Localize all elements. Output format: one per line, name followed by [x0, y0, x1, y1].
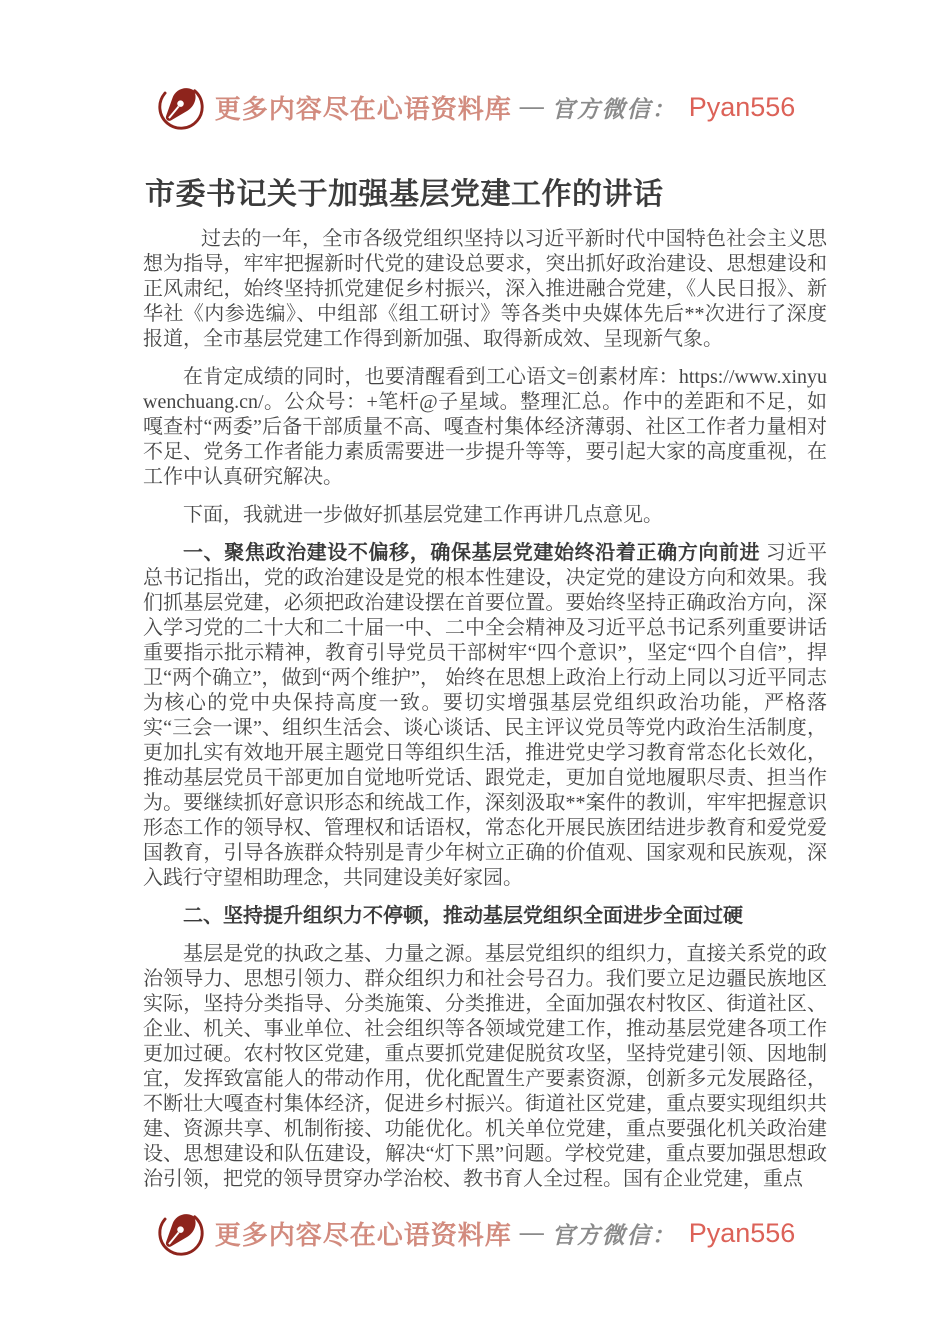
page-title: 市委书记关于加强基层党建工作的讲话 — [145, 176, 827, 214]
paragraph: 基层是党的执政之基、力量之源。基层党组织的组织力，直接关系党的政治领导力、思想引… — [143, 942, 827, 1192]
paragraph: 一、聚焦政治建设不偏移，确保基层党建始终沿着正确方向前进 习近平总书记指出，党的… — [143, 541, 827, 891]
bold-heading-run: 二、坚持提升组织力不停顿，推动基层党组织全面进步全面过硬 — [183, 905, 743, 927]
wechat-id: Pyan556 — [689, 92, 796, 123]
header-watermark: 更多内容尽在心语资料库—官方微信： Pyan556 — [0, 80, 950, 134]
text-run: 过去的一年，全市各级党组织坚持以习近平新时代中国特色社会主义思想为指导，牢牢把握… — [143, 228, 827, 350]
paragraph: 在肯定成绩的同时，也要清醒看到工心语文=创素材库：https://www.xin… — [143, 365, 827, 490]
brand-dash: — — [520, 94, 544, 121]
brand-dash: — — [520, 1220, 544, 1247]
bold-heading-run: 一、聚焦政治建设不偏移，确保基层党建始终沿着正确方向前进 — [183, 542, 760, 564]
document-body: 过去的一年，全市各级党组织坚持以习近平新时代中国特色社会主义思想为指导，牢牢把握… — [143, 227, 827, 1192]
text-run: 基层是党的执政之基、力量之源。基层党组织的组织力，直接关系党的政治领导力、思想引… — [143, 943, 827, 1190]
wechat-label: 官方微信： — [552, 91, 677, 124]
wechat-id: Pyan556 — [689, 1218, 796, 1249]
footer-watermark: 更多内容尽在心语资料库—官方微信： Pyan556 — [0, 1206, 950, 1260]
pen-nib-circle-icon — [155, 81, 207, 133]
text-run: 下面，我就进一步做好抓基层党建工作再讲几点意见。 — [183, 504, 663, 526]
pen-nib-circle-icon — [155, 1207, 207, 1259]
paragraph: 二、坚持提升组织力不停顿，推动基层党组织全面进步全面过硬 — [143, 904, 827, 929]
brand-text: 更多内容尽在心语资料库 — [215, 89, 512, 126]
brand-text: 更多内容尽在心语资料库 — [215, 1215, 512, 1252]
paragraph: 过去的一年，全市各级党组织坚持以习近平新时代中国特色社会主义思想为指导，牢牢把握… — [143, 227, 827, 352]
document-page: 市委书记关于加强基层党建工作的讲话 过去的一年，全市各级党组织坚持以习近平新时代… — [143, 176, 827, 1192]
text-run: 习近平总书记指出，党的政治建设是党的根本性建设，决定党的建设方向和效果。我们抓基… — [143, 542, 827, 889]
text-run: 在肯定成绩的同时，也要清醒看到工心语文=创素材库：https://www.xin… — [143, 366, 827, 488]
wechat-label: 官方微信： — [552, 1217, 677, 1250]
paragraph: 下面，我就进一步做好抓基层党建工作再讲几点意见。 — [143, 503, 827, 528]
